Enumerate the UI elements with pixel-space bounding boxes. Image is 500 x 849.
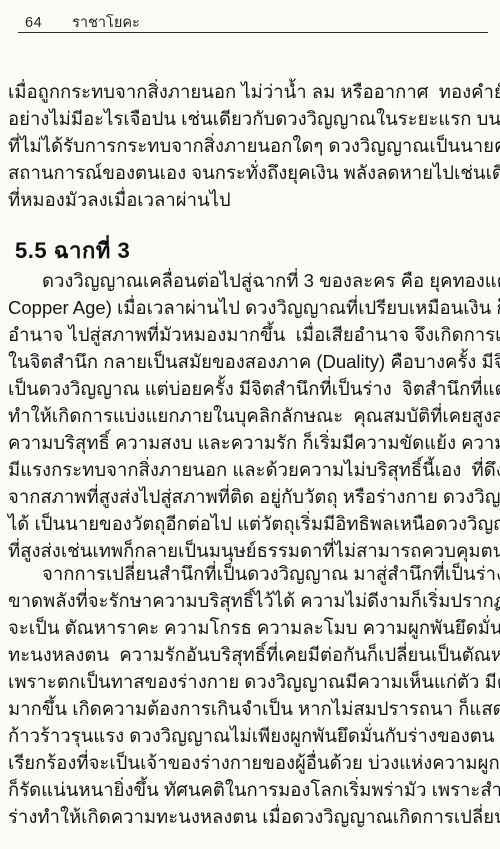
running-title: ราชาโยคะ [72, 11, 140, 34]
running-header: 64 ราชาโยคะ [25, 11, 488, 34]
text-line: ก้าวร้าวรุนแรง ดวงวิญญาณไม่เพียงผูกพันยึ… [8, 722, 486, 749]
text-line: เพราะตกเป็นทาสของร่างกาย ดวงวิญญาณมีความ… [8, 668, 486, 695]
text-line: ทะนงหลงตน ความรักอันบริสุทธิ์ที่เคยมีต่อ… [8, 641, 486, 668]
text-line: ดวงวิญญาณเคลื่อนต่อไปสู่ฉากที่ 3 ของละคร… [8, 267, 486, 294]
text-line: จากสภาพที่สูงส่งไปสู่สภาพที่ติด อยู่กับว… [8, 483, 486, 510]
text-line: ก็รัดแน่นหนายิ่งขึ้น ทัศนคติในการมองโลกเ… [8, 776, 486, 803]
text-line: ทำให้เกิดการแบ่งแยกภายในบุคลิกลักษณะ คุณ… [8, 402, 486, 429]
text-line: ที่หมองมัวลงเมื่อเวลาผ่านไป [8, 186, 486, 213]
text-line: ขาดพลังที่จะรักษาความบริสุทธิ์ไว้ได้ ควา… [8, 587, 486, 614]
text-line: ได้ เป็นนายของวัตถุอีกต่อไป แต่วัตถุเริ่… [8, 510, 486, 537]
paragraph-consciousness-change: จากการเปลี่ยนสำนึกที่เป็นดวงวิญญาณ มาสู่… [8, 560, 486, 830]
text-line: จะเป็น ตัณหาราคะ ความโกรธ ความละโมบ ความ… [8, 614, 486, 641]
paragraph-continuation: เมื่อถูกกระทบจากสิ่งภายนอก ไม่ว่าน้ำ ลม … [8, 78, 486, 213]
text-line: อำนาจ ไปสู่สภาพที่มัวหมองมากขึ้น เมื่อเส… [8, 321, 486, 348]
text-line: ความบริสุทธิ์ ความสงบ และความรัก ก็เริ่ม… [8, 429, 486, 456]
header-divider-rule [18, 32, 488, 33]
text-line: อย่างไม่มีอะไรเจือปน เช่นเดียวกับดวงวิญญ… [8, 105, 486, 132]
text-line: สถานการณ์ของตนเอง จนกระทั่งถึงยุคเงิน พล… [8, 159, 486, 186]
text-line: เป็นดวงวิญญาณ แต่บ่อยครั้ง มีจิตสำนึกที่… [8, 375, 486, 402]
text-line: ในจิตสำนึก กลายเป็นสมัยของสองภาค (Dualit… [8, 348, 486, 375]
text-line: มีแรงกระทบจากสิ่งภายนอก และด้วยความไม่บร… [8, 456, 486, 483]
paragraph-scene-three: ดวงวิญญาณเคลื่อนต่อไปสู่ฉากที่ 3 ของละคร… [8, 267, 486, 564]
text-line: เรียกร้องที่จะเป็นเจ้าของร่างกายของผู้อื… [8, 749, 486, 776]
text-line: ที่ไม่ได้รับการกระทบจากสิ่งภายนอกใดๆ ดวง… [8, 132, 486, 159]
book-page: 64 ราชาโยคะ เมื่อถูกกระทบจากสิ่งภายนอก ไ… [0, 0, 500, 849]
text-line: มากขึ้น เกิดความต้องการเกินจำเป็น หากไม่… [8, 695, 486, 722]
text-line: เมื่อถูกกระทบจากสิ่งภายนอก ไม่ว่าน้ำ ลม … [8, 78, 486, 105]
text-line: จากการเปลี่ยนสำนึกที่เป็นดวงวิญญาณ มาสู่… [8, 560, 486, 587]
page-number: 64 [25, 15, 42, 31]
text-line: Copper Age) เมื่อเวลาผ่านไป ดวงวิญญาณที่… [8, 294, 486, 321]
section-heading: 5.5 ฉากที่ 3 [15, 233, 130, 268]
text-line: ร่างทำให้เกิดความทะนงหลงตน เมื่อดวงวิญญา… [8, 803, 486, 830]
